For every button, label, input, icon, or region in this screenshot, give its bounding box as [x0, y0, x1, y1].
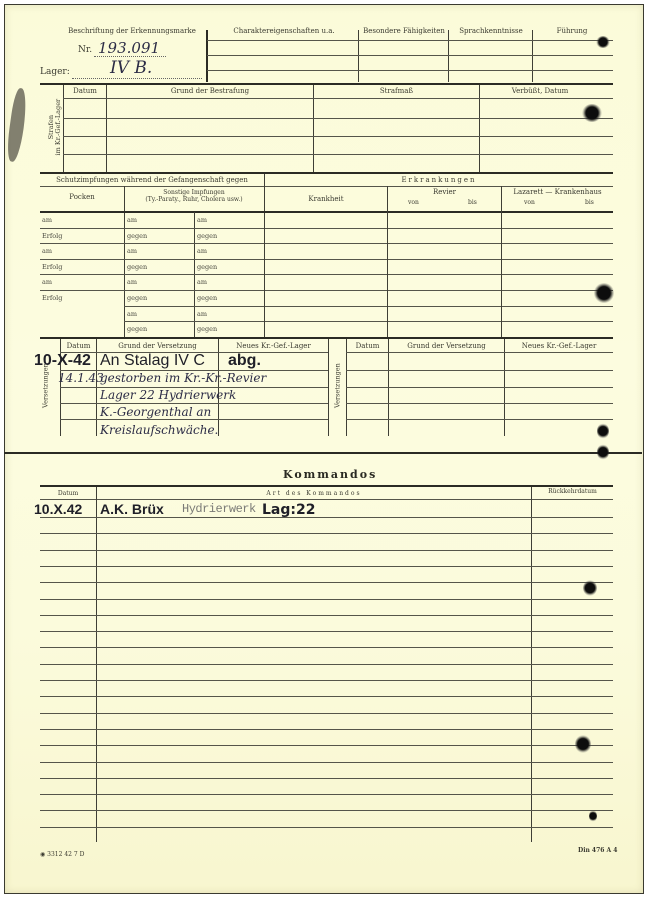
- versetz-col-lager: Neues Kr.-Gef.-Lager: [219, 343, 328, 351]
- kommando-row-line: [40, 582, 613, 583]
- impf-row-line: [40, 259, 264, 260]
- versetzung-3-grund: Lager 22 Hydrierwerk: [100, 388, 236, 402]
- kommando-row-line: [40, 810, 613, 811]
- impf-row-line: [40, 243, 264, 244]
- sonstige-cell-a: am: [127, 310, 137, 318]
- punch-hole: [596, 36, 610, 48]
- punch-hole: [597, 423, 609, 439]
- kommando-1-ort: A.K. Brüx: [100, 501, 164, 517]
- sonstige-cell-b: am: [197, 247, 207, 255]
- erkr-row-line: [265, 228, 613, 229]
- erkr-row-line: [265, 243, 613, 244]
- kommando-row-line: [40, 713, 613, 714]
- kommando-row-line: [40, 745, 613, 746]
- kommando-row-line: [40, 680, 613, 681]
- erkr-row-line: [265, 259, 613, 260]
- pocken-cell: am: [42, 278, 52, 286]
- erkennungsmarke-label: Beschriftung der Erkennungsmarke: [62, 28, 202, 36]
- lager-label: Lager:: [40, 68, 70, 78]
- sonstige-cell-a: gegen: [127, 263, 147, 271]
- versetzung-4-grund: K.-Georgenthal an: [100, 405, 211, 419]
- krankheit-label: Krankheit: [265, 196, 387, 204]
- kommandos-col-art: Art des Kommandos: [97, 491, 531, 498]
- pow-personnel-card: [4, 4, 644, 894]
- kommando-row-line: [40, 827, 613, 828]
- impf-row-line: [40, 274, 264, 275]
- nr-value: 193.091: [98, 39, 160, 57]
- kommando-row-line: [40, 533, 613, 534]
- kommando-1-datum: 10.X.42: [34, 501, 82, 517]
- kommando-row-line: [40, 729, 613, 730]
- pocken-cell: am: [42, 247, 52, 255]
- kommando-row-line: [40, 794, 613, 795]
- punch-hole: [575, 735, 591, 753]
- sonstige-cell-a: am: [127, 247, 137, 255]
- strafen-col-datum: Datum: [64, 88, 106, 96]
- lazarett-von: von: [524, 200, 535, 207]
- revier-von: von: [408, 200, 419, 207]
- punch-hole: [597, 444, 609, 460]
- sonstige-cell-b: gegen: [197, 232, 217, 240]
- lazarett-label: Lazarett — Krankenhaus: [502, 189, 613, 197]
- kommando-row-line: [40, 550, 613, 551]
- versetz-right-col-grund: Grund der Versetzung: [389, 343, 504, 351]
- kommando-1-lager: Lag:22: [262, 502, 315, 518]
- strafen-col-grund: Grund der Bestrafung: [107, 88, 313, 96]
- col-charakter: Charaktereigenschaften u.a.: [210, 28, 358, 36]
- col-sprachkenntnisse: Sprachkenntnisse: [450, 28, 532, 36]
- versetz-right-col-datum: Datum: [347, 343, 388, 351]
- pocken-label: Pocken: [40, 194, 124, 202]
- pocken-cell: Erfolg: [42, 263, 62, 271]
- impf-row-line: [40, 228, 264, 229]
- punch-hole: [589, 810, 597, 822]
- sonstige-cell-b: am: [197, 216, 207, 224]
- versetzung-1-datum: 10-X-42: [34, 352, 91, 370]
- punch-hole: [583, 580, 597, 596]
- pocken-cell: Erfolg: [42, 232, 62, 240]
- kommandos-title: Kommandos: [283, 468, 377, 481]
- sonstige-cell-b: gegen: [197, 263, 217, 271]
- col-faehigkeiten: Besondere Fähigkeiten: [360, 28, 448, 36]
- form-code: ◉ 3312 42 7 D: [40, 851, 84, 858]
- impf-row-line: [40, 290, 264, 291]
- kommando-row-line: [40, 599, 613, 600]
- kommando-row-line: [40, 664, 613, 665]
- versetzung-5-grund: Kreislaufschwäche.: [100, 423, 218, 437]
- kommando-row-line: [40, 615, 613, 616]
- strafen-col-strafmass: Strafmaß: [314, 88, 479, 96]
- versetzungen-side-label-right: Versetzungen: [334, 356, 341, 416]
- versetzung-2-datum: 14.1.43: [58, 371, 104, 385]
- nr-label: Nr.: [78, 46, 92, 56]
- kommando-row-line: [40, 778, 613, 779]
- sonstige-cell-b: gegen: [197, 325, 217, 333]
- lager-value: IV B.: [110, 58, 152, 78]
- kommando-row-line: [40, 631, 613, 632]
- versetzung-1-grund: An Stalag IV C: [100, 352, 205, 370]
- punch-hole: [594, 283, 614, 303]
- kommando-1-werk: Hydrierwerk: [182, 502, 256, 516]
- revier-label: Revier: [388, 189, 501, 197]
- col-fuehrung: Führung: [534, 28, 610, 36]
- sonstige-cell-a: am: [127, 216, 137, 224]
- erkr-row-line: [265, 274, 613, 275]
- sonstige-cell-a: gegen: [127, 294, 147, 302]
- erkr-row-line: [265, 306, 613, 307]
- kommando-row-line: [40, 696, 613, 697]
- sonstige-cell-b: am: [197, 310, 207, 318]
- erkr-row-line: [265, 290, 613, 291]
- erkrankungen-title: Erkrankungen: [265, 177, 613, 185]
- kommandos-col-datum: Datum: [40, 491, 96, 498]
- versetzung-1-lager: abg.: [228, 352, 261, 370]
- versetz-col-datum: Datum: [61, 343, 96, 351]
- kommando-row-line: [40, 762, 613, 763]
- kommandos-col-rueckkehr: Rückkehrdatum: [532, 489, 613, 496]
- pocken-cell: Erfolg: [42, 294, 62, 302]
- revier-bis: bis: [468, 200, 477, 207]
- impfungen-title: Schutzimpfungen während der Gefangenscha…: [40, 177, 264, 185]
- pocken-cell: am: [42, 216, 52, 224]
- impf-row-line: [124, 306, 264, 307]
- punch-hole: [582, 104, 602, 122]
- versetzung-2-grund: gestorben im Kr.-Kr.-Revier: [100, 371, 266, 385]
- kommando-row-line: [40, 517, 613, 518]
- sonstige-cell-a: am: [127, 278, 137, 286]
- sonstige-label: Sonstige Impfungen(Ty.-Paraty., Ruhr, Ch…: [124, 190, 264, 203]
- strafen-side-label: Strafenim Kr.-Gef.-Lager: [48, 92, 62, 162]
- kommando-row-line: [40, 647, 613, 648]
- erkr-row-line: [265, 321, 613, 322]
- lazarett-bis: bis: [585, 200, 594, 207]
- impf-row-line: [124, 321, 264, 322]
- sonstige-cell-b: am: [197, 278, 207, 286]
- sonstige-cell-b: gegen: [197, 294, 217, 302]
- versetz-col-grund: Grund der Versetzung: [97, 343, 218, 351]
- strafen-col-verbuesst: Verbüßt, Datum: [480, 88, 600, 96]
- din-label: Din 476 A 4: [578, 847, 617, 854]
- versetz-right-col-lager: Neues Kr.-Gef.-Lager: [505, 343, 613, 351]
- kommando-row-line: [40, 566, 613, 567]
- sonstige-cell-a: gegen: [127, 232, 147, 240]
- sonstige-cell-a: gegen: [127, 325, 147, 333]
